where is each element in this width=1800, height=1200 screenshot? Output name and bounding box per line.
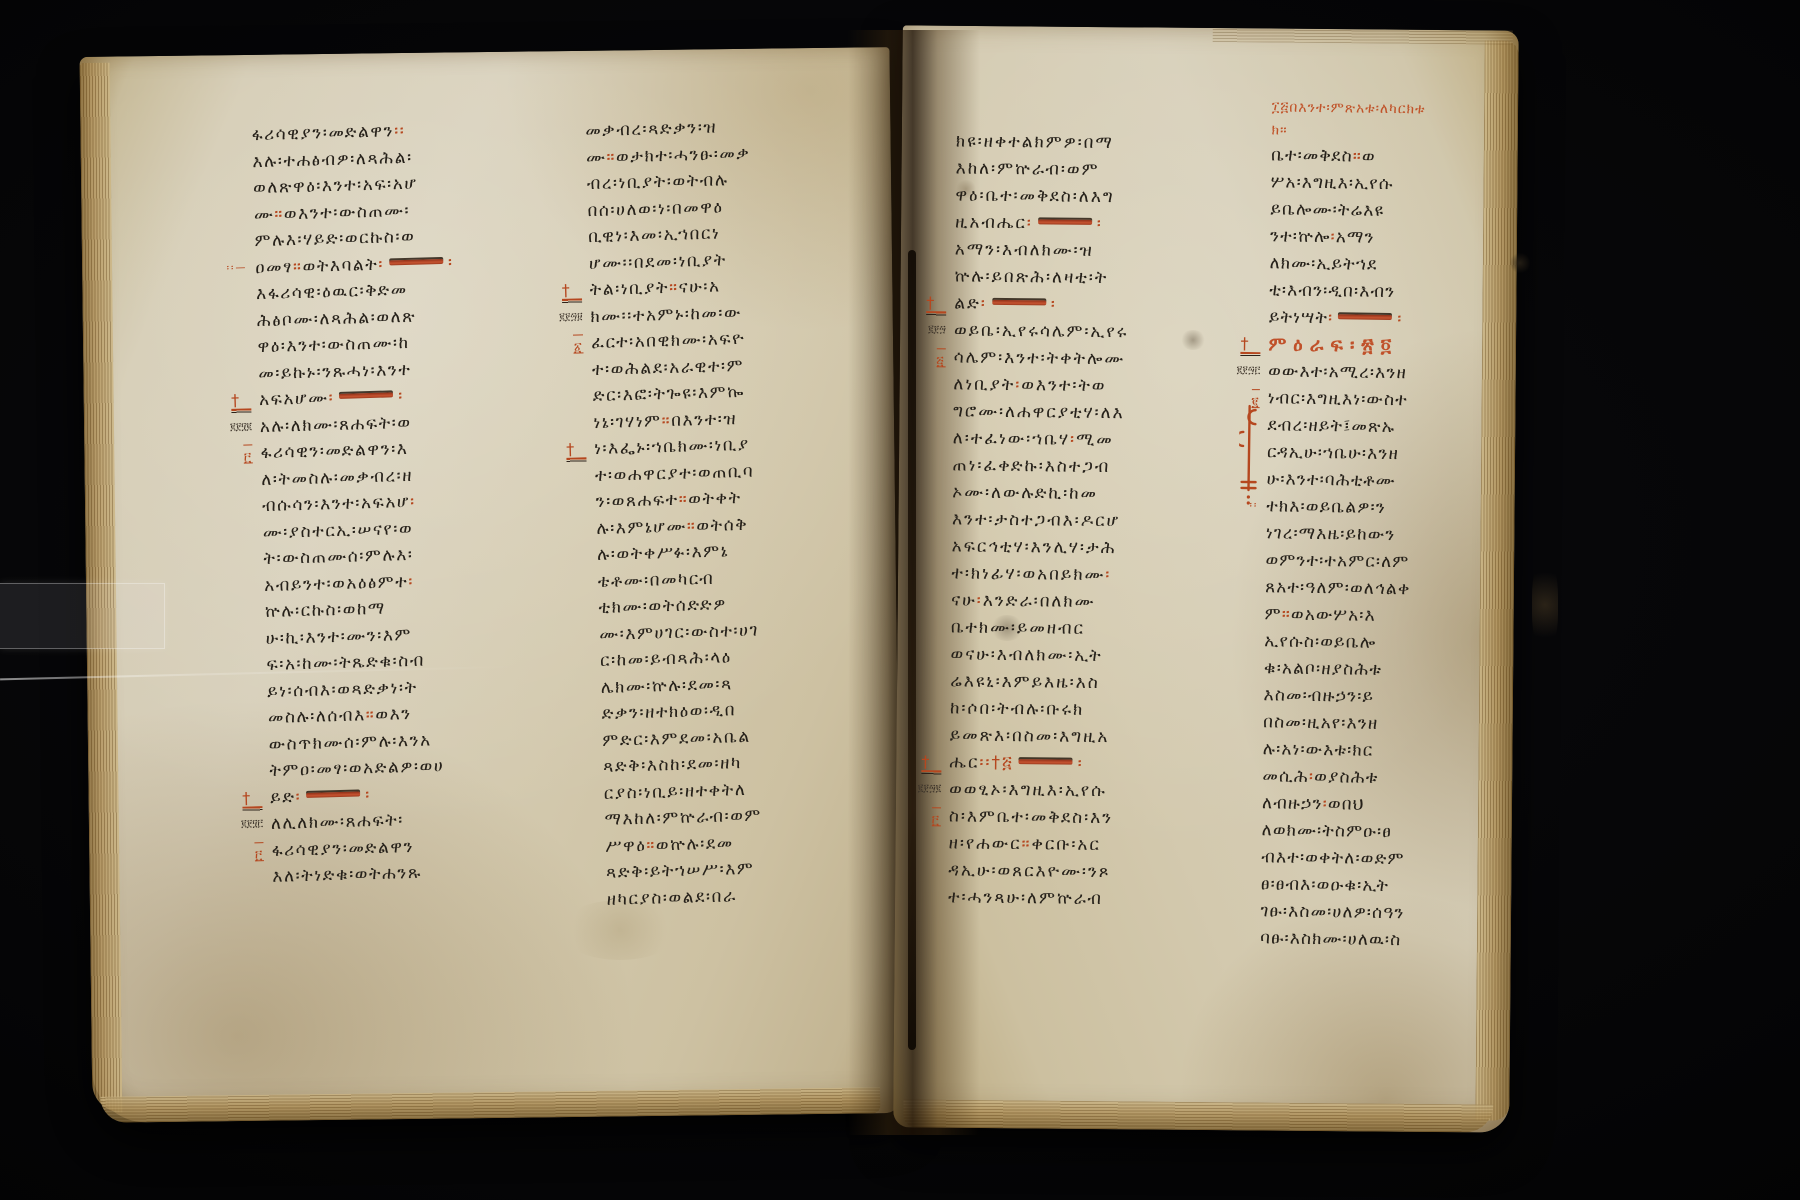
chapter-heading-line: †ምዕራፍ፡፳፬ (1268, 331, 1514, 361)
body-text: ትምዐ፡መፃ፡ወአድልዎ፡ወሀ (269, 756, 444, 781)
section-cross-mark: † (231, 387, 252, 414)
text-line: ቲ፡እብን፡ዲበ፡እብን (1269, 277, 1515, 307)
body-text: ጻድቅ፡ይትኀሠሥ፡እም (606, 859, 755, 883)
section-number-gloss: ፪፻፶፫ (241, 811, 263, 838)
text-line: ጸአተ፡ዓለም፡ወለኅልቀ (1265, 574, 1511, 604)
body-text: ቲክሙ፡ወትሰድድዎ (598, 594, 727, 618)
body-text: ሔር (949, 752, 979, 772)
body-text: ኵሉ፡ርኩስ፡ወከማ (265, 599, 386, 622)
body-text: ጸአተ፡ዓለም፡ወለኅልቀ (1265, 577, 1411, 599)
body-text: እሉ፡ተሐፅብዎ፡ለጻሕል፡ (252, 147, 413, 171)
text-line: ፡፡ተክእ፡ወይቤልዎ፡ን (1266, 493, 1512, 523)
body-text: ጻድቅ፡እስከ፡ደመ፡ዘካ (603, 753, 742, 777)
body-text: ወለጽዋዕ፡እንተ፡አፍ፡አሆ (253, 174, 418, 199)
rubricated-text: ። (606, 147, 616, 167)
body-text: ምሉእ፡ሃይድ፡ወርኩስ፡ወ (254, 227, 415, 251)
text-line: ይመጽእ፡በስመ፡እግዚአ (950, 722, 1250, 752)
book-gutter-crack (908, 250, 916, 1050)
body-text: ክሙ፡፡ተአምኑ፡ከመ፡ው (590, 302, 742, 326)
body-text: ምድር፡እምደመ፡አቤል (602, 726, 751, 750)
rubricated-text: ። (1021, 834, 1031, 854)
text-line: ፪፻፵፫ወውእተ፡አሚረ፡እንዘ (1268, 358, 1514, 388)
body-text: ብእተ፡ወቀትለ፡ወድም (1261, 847, 1405, 869)
body-text: ኦሙ፡ለውሉድኪ፡ከመ (952, 482, 1098, 504)
body-text: ግሮሙ፡ለሐዋርያቲሃ፡ለእ (953, 401, 1125, 423)
text-line: ገፁ፡እስመ፡ሀለዎ፡ሰዓን (1260, 898, 1506, 928)
body-text: ኢየሱስ፡ወይቤሎ (1264, 631, 1376, 653)
text-line: ነገረ፡ማእዜ፡ይከውን (1266, 520, 1512, 550)
text-line: ናሁ፡እንድራ፡በለክሙ (951, 587, 1251, 617)
text-line: ደብረ፡ዘይት፤መጽኡ (1267, 412, 1513, 442)
rubricated-text: ፡ (1027, 213, 1033, 233)
left-page-column-1: ፋሪሳዊያን፡መድልዋን፡፡እሉ፡ተሐፅብዎ፡ለጻሕል፡ወለጽዋዕ፡እንተ፡አፍ… (251, 114, 564, 890)
body-text: ወናሁ፡እብለክሙ፡ኢት (950, 644, 1102, 666)
section-number-gloss: ፪፻፶፪ (230, 414, 252, 441)
body-text: ይቤሎሙ፡ትሬእዩ (1270, 199, 1384, 221)
body-text: እፋሪሳዊ፡ዕዉር፡ቅድመ (256, 280, 408, 304)
body-text: ዘካርያስ፡ወልደ፡በራ (606, 886, 737, 910)
right-page-column-1: ክዩ፡ዘቀተልክምዎ፡በማእከለ፡ምኵራብ፡ወምዋዕ፡ቤተ፡መቅደስ፡ለእግዚአ… (948, 128, 1256, 914)
text-line: ወናሁ፡እብለክሙ፡ኢት (950, 641, 1250, 671)
body-text: ናሁ፡አ (678, 276, 720, 297)
section-number-gloss: ፪፻፵፫ (1237, 358, 1261, 384)
body-text: ወትእባልት (302, 254, 378, 276)
body-text: ለብዙኃን (1262, 793, 1323, 814)
rubricated-text: ። (678, 489, 688, 509)
body-text: መስሉ፡ለሰብእ (268, 705, 366, 728)
text-line: ፫ስ፡እምቤተ፡መቅደስ፡እን (949, 803, 1249, 833)
red-divider-rule (1338, 314, 1392, 320)
body-text: ሌክሙ፡ኵሉ፡ደመ፡ጻ (601, 674, 734, 698)
body-text: ቀርቡ፡አር (1031, 834, 1101, 855)
right-page-column-2-body: ቤተ፡መቅደስ።ወሦአ፡እግዚእ፡ኢየሱይቤሎሙ፡ትሬእዩንተ፡ኵሎ፡አማንለክ… (1260, 142, 1517, 955)
body-text: ሚመ (1076, 430, 1114, 450)
body-text: አማን፡እብለክሙ፡ዝ (955, 239, 1094, 260)
body-text: በሰ፡ሀለወ፡ነ፡በመዋዕ (587, 197, 724, 221)
body-text: ፀ፡ፀብእ፡ወዑቁ፡ኢት (1261, 874, 1389, 896)
text-line: ግሮሙ፡ለሐዋርያቲሃ፡ለእ (953, 398, 1253, 428)
margin-numeral: ፭ (936, 348, 946, 367)
rubricated-text: ፡ (1097, 214, 1103, 234)
text-line: እስመ፡ብዙኃን፡ይ (1263, 682, 1509, 712)
body-text: ክዩ፡ዘቀተልክምዎ፡በማ (956, 131, 1114, 153)
body-text: ር፡ከመ፡ይብጻሕ፡ላዕ (600, 647, 732, 671)
rubricated-text: ። (661, 410, 671, 430)
body-text: ዘ፡የሐውር (949, 833, 1022, 854)
rubric-heading-line-2: ክ። (1271, 119, 1517, 145)
body-text: ሙ (586, 147, 607, 168)
text-line: ሦአ፡እግዚእ፡ኢየሱ (1271, 169, 1517, 199)
body-text: ቢዊነ፡እመ፡ኢኀበርነ (588, 223, 721, 247)
body-text: ዋዕ፡እንተ፡ውስጠሙ፡ከ (257, 333, 410, 357)
section-number-gloss: ፪፻፵፱ (559, 304, 583, 331)
body-text: ርዳኢሁ፡ኀቤሁ፡እንዘ (1267, 442, 1399, 464)
margin-red-dots: ፡፡— (226, 255, 247, 282)
body-text: ልድ (954, 293, 981, 313)
body-text: ድር፡እፎ፡ትጐዩ፡እምኰ (592, 382, 745, 406)
text-line: ወምንተ፡ተአምር፡ለም (1265, 547, 1511, 577)
text-line: ቤተክሙ፡ይመዘብር (951, 614, 1251, 644)
text-line: ከ፡ሶበ፡ትብሉ፡ቡሩክ (950, 695, 1250, 725)
body-text: ፋሪሳዊያን፡መድልዋን (251, 121, 394, 145)
text-line: ኵሉ፡ይበጽሕ፡ለዛቲ፡ት (954, 263, 1254, 293)
body-text: ሦአ፡እግዚእ፡ኢየሱ (1271, 172, 1394, 194)
body-text: ርያስ፡ነቢይ፡ዘተቀትለ (604, 779, 747, 803)
body-text: ሕፅቦሙ፡ለጻሕል፡ወለጽ (257, 306, 417, 330)
body-text: ሙ፡እምሀገር፡ውስተ፡ሀገ (599, 620, 759, 644)
body-text: ውስጥክሙሰ፡ምሉ፡እንአ (268, 730, 431, 755)
body-text: ቲ፡እብን፡ዲበ፡እብን (1269, 280, 1395, 302)
rubricated-text: ፡፡ (979, 753, 991, 773)
text-line: ዚአብሔር፡፡ (955, 209, 1255, 239)
body-text: ሙ፡ያስተርኢ፡ሠናየ፡ወ (263, 518, 414, 542)
body-text: ተ፡ወሐዋርያተ፡ወጠቢባ (595, 461, 755, 485)
body-text: ወውእተ፡አሚረ፡እንዘ (1268, 361, 1407, 383)
body-text: ሆሙ፡፡በደመ፡ነቢያት (589, 250, 727, 274)
section-cross-mark: † (921, 749, 941, 775)
text-line: ዳኢሁ፡ወጸርእዮሙ፡ንጾ (948, 857, 1248, 887)
text-line: ኢየሱስ፡ወይቤሎ (1264, 628, 1510, 658)
rubricated-text: ፡ (1328, 308, 1333, 328)
rubricated-text: ፡ (1051, 294, 1057, 314)
body-text: ወበህ (1328, 794, 1365, 815)
body-text: ሙ (254, 204, 275, 225)
text-line: †ልድ፡፡ (954, 290, 1254, 320)
body-text: ዋዕ፡ቤተ፡መቅደስ፡ለእግ (955, 185, 1115, 207)
text-line: ፀ፡ፀብእ፡ወዑቁ፡ኢት (1261, 871, 1507, 901)
body-text: ሬእዩኒ፡እምይእዜ፡እስ (950, 671, 1100, 693)
text-line: ለብዙኃን፡ወበህ (1262, 790, 1508, 820)
body-text: ም (1265, 604, 1282, 624)
section-number-gloss: ፪፻፵፪ (918, 776, 942, 802)
body-text: እከለ፡ምኵራብ፡ወም (956, 158, 1100, 180)
margin-numeral: ፩ (573, 334, 583, 353)
body-text: ን፡ወጸሐፍተ (595, 490, 679, 512)
body-text: ወያስሕቱ (1314, 767, 1379, 788)
body-text: ቤተክሙ፡ይመዘብር (951, 617, 1085, 638)
rubricated-text: ፡ (981, 294, 987, 314)
rubricated-text: ፡ (295, 787, 301, 807)
text-line: ተ፡ክነፊሃ፡ወአበይክሙ፡ (951, 560, 1251, 590)
text-line: ብእተ፡ወቀትለ፡ወድም (1261, 844, 1507, 874)
rubricated-text: †፭ (991, 753, 1013, 773)
text-line: እንተ፡ታስተጋብእ፡ዶርሆ (952, 506, 1252, 536)
manuscript-photo: ፋሪሳዊያን፡መድልዋን፡፡እሉ፡ተሐፅብዎ፡ለጻሕል፡ወለጽዋዕ፡እንተ፡አፍ… (0, 0, 1800, 1200)
body-text: ወወፂኦ፡እግዚእ፡ኢየሱ (949, 779, 1107, 801)
rubricated-text: ምዕራፍ፡፳፬ (1268, 333, 1398, 357)
body-text: ትል፡ነቢያት (589, 278, 669, 300)
stain (1532, 560, 1558, 650)
text-line: ተ፡ሓንጻሁ፡ለምኵራብ (948, 884, 1248, 914)
body-text: መቃብረ፡ጻድቃን፡ዝ (585, 118, 717, 142)
body-text: ነ፡እፌኑ፡ኀቤክሙ፡ነቢያ (594, 435, 750, 459)
body-text: ተ፡ወሕልደ፡አራዊተ፡ም (592, 355, 745, 379)
body-text: አፍአሆሙ (259, 388, 329, 410)
text-line: አፍርኅቲሃ፡እንሊሃ፡ታሕ (952, 533, 1252, 563)
body-text: እስመ፡ብዙኃን፡ይ (1263, 685, 1374, 707)
body-text: አሉ፡ለክሙ፡ጸሐፍት፡ወ (260, 412, 412, 436)
body-text: መሲሕ (1262, 766, 1309, 787)
body-text: ይድ (270, 787, 296, 808)
body-text: ለ፡ተፈነው፡ኀቤሃ (953, 428, 1070, 449)
body-text: ወአውሦአ፡እ (1291, 605, 1376, 626)
right-page-bottom-edges (903, 1099, 1493, 1132)
text-line: ፪ነብር፡እግዚእነ፡ውስተ (1268, 385, 1514, 415)
margin-numeral: ፫ (255, 842, 264, 861)
text-line: ፪፻፵ወይቤ፡ኢየሩሳሌም፡ኢየሩ (954, 317, 1254, 347)
text-line: ጠነ፡ፈቀድኩ፡እስተጋብ (952, 452, 1252, 482)
text-line: ርዳኢሁ፡ኀቤሁ፡እንዘ (1267, 439, 1513, 469)
text-line: ም።ወአውሦአ፡እ (1265, 601, 1511, 631)
body-text: አብይንተ፡ወአዕፅምተ (264, 572, 409, 596)
body-text: ገፁ፡እስመ፡ሀለዎ፡ሰዓን (1260, 901, 1404, 923)
text-line: ሬእዩኒ፡እምይእዜ፡እስ (950, 668, 1250, 698)
body-text: ይነ፡ሰብእ፡ወጻድቃነ፡ት (267, 677, 418, 701)
body-text: ሁ፡እንተ፡ባሕቲቶሙ (1267, 469, 1396, 491)
body-text: ብሱሳን፡እንተ፡አፍአሆ (262, 492, 411, 516)
rubricated-text: ። (274, 204, 284, 224)
body-text: ቤተ፡መቅደስ (1271, 145, 1353, 166)
body-text: እንድራ፡በለክሙ (983, 591, 1096, 612)
text-line: ዘ፡የሐውር።ቀርቡ፡አር (948, 830, 1248, 860)
section-cross-mark: † (242, 785, 263, 812)
body-text: ከ፡ሶበ፡ትብሉ፡ቡሩክ (950, 698, 1084, 719)
body-text: በእንተ፡ዝ (671, 409, 738, 431)
text-line: በስመ፡ዚአየ፡እንዘ (1263, 709, 1509, 739)
body-text: ሁ፡ኪ፡እንተ፡ሙን፡እም (265, 624, 412, 648)
margin-red-dots: ፡፡ (1249, 493, 1258, 519)
body-text: ሥዋዕ (605, 835, 647, 856)
section-number-gloss: ፪፻፵ (928, 317, 946, 343)
body-text: እንተ፡ታስተጋብእ፡ዶርሆ (952, 509, 1120, 531)
section-cross-mark: † (1240, 331, 1260, 357)
text-line: ክዩ፡ዘቀተልክምዎ፡በማ (956, 128, 1256, 158)
rubricated-text: ፡ (448, 252, 454, 272)
body-text: ይትነሣት (1269, 307, 1328, 328)
text-line: ቁ፡አልቦ፡ዘያስሕቱ (1264, 655, 1510, 685)
body-text: ወኵሉ፡ደመ (656, 833, 734, 855)
text-line: ባፁ፡እስክሙ፡ሀለዉ፡ስ (1260, 925, 1506, 955)
text-line: ቤተ፡መቅደስ።ወ (1271, 142, 1517, 172)
right-page-top-edges (1213, 28, 1513, 45)
red-divider-rule (339, 392, 393, 399)
body-text: ተ፡ክነፊሃ፡ወአበይክሙ (951, 563, 1105, 585)
body-text: ንተ፡ኵሎ (1270, 226, 1331, 247)
text-line: መሲሕ፡ወያስሕቱ (1262, 763, 1508, 793)
body-text: ዐመፃ (255, 257, 293, 278)
body-text: ሉ፡እምኔሆሙ (596, 516, 687, 539)
body-text: ድቃን፡ዘተክዕወ፡ዲበ (601, 700, 736, 724)
body-text: ኵሉ፡ይበጽሕ፡ለዛቲ፡ት (954, 266, 1108, 288)
red-divider-rule (306, 791, 360, 798)
body-text: ነብር፡እግዚእነ፡ውስተ (1268, 388, 1408, 410)
rubricated-text: ። (1353, 146, 1362, 166)
body-text: ስ፡እምቤተ፡መቅደስ፡እን (949, 806, 1113, 828)
body-text: ወ (1362, 147, 1376, 167)
text-line: ለክሙ፡ኢይትኀደ (1269, 250, 1515, 280)
body-text: ወእንተ፡ትወ (1021, 375, 1106, 396)
red-divider-rule (992, 300, 1046, 306)
rubricated-text: ፡ (398, 386, 404, 406)
body-text: ወትቀት (688, 488, 742, 509)
body-text: እለ፡ትነድቁ፡ወትሐንጹ (272, 863, 422, 887)
body-text: ወእንተ፡ውስጠሙ፡ (284, 200, 411, 224)
body-text: ለ፡ትመስሉ፡መቃብረ፡ዘ (261, 465, 413, 489)
text-line: ለወክሙ፡ትስምዑ፡ፀ (1262, 817, 1508, 847)
text-line: ለ፡ተፈነው፡ኀቤሃ፡ሚመ (953, 425, 1253, 455)
body-text: ዳኢሁ፡ወጸርእዮሙ፡ንጾ (948, 860, 1110, 882)
body-text: ፈርተ፡አበዊክሙ፡አፍዮ (591, 329, 746, 353)
text-line: አማን፡እብለክሙ፡ዝ (955, 236, 1255, 266)
body-text: ቴቶሙ፡በመካርብ (598, 568, 715, 591)
text-line: ሁ፡እንተ፡ባሕቲቶሙ (1266, 466, 1512, 496)
body-text: ሉ፡ወትቀሥፉ፡እምኔ (597, 541, 729, 565)
rubricated-text: ። (687, 516, 697, 536)
body-text: ወእን (375, 704, 412, 725)
text-line: ሉ፡አነ፡ውእቱ፡ክር (1263, 736, 1509, 766)
rubricated-text: ። (646, 835, 656, 855)
rubricated-text: ፡፡ (394, 121, 406, 141)
rubricated-text: ፡ (410, 492, 416, 512)
rubricated-text: ፡ (365, 785, 371, 805)
section-cross-mark: † (566, 436, 587, 463)
body-text: ቁ፡አልቦ፡ዘያስሕቱ (1264, 658, 1382, 680)
body-text: ት፡ውስጠሙሰ፡ምሉእ፡ (263, 545, 414, 569)
text-line: ፪፻፵፪ወወፂኦ፡እግዚእ፡ኢየሱ (949, 776, 1249, 806)
body-text: ይመጽእ፡በስመ፡እግዚአ (950, 725, 1110, 747)
body-text: ፋሪሳዊያን፡መድልዋን (271, 836, 414, 860)
body-text: ብረ፡ነቢያት፡ወትብሉ (587, 170, 729, 194)
body-text: ወታክተ፡ሓንፁ፡መቃ (616, 143, 751, 167)
acrylic-weight (0, 583, 165, 649)
text-line: ለነቢያት፡ወእንተ፡ትወ (953, 371, 1253, 401)
body-text: ማእከለ፡ምኵራብ፡ወም (604, 806, 762, 830)
body-text: ተ፡ሓንጻሁ፡ለምኵራብ (948, 887, 1103, 909)
body-text: ተክእ፡ወይቤልዎ፡ን (1266, 496, 1386, 518)
body-text: ነገረ፡ማእዜ፡ይከውን (1266, 523, 1396, 545)
rubric-heading-line-1: ፲፭በእንተ፡ምጽአቱ፡ለካርክቱ (1272, 96, 1518, 122)
body-text: ሉ፡አነ፡ውእቱ፡ክር (1263, 739, 1374, 761)
body-text: ለክሙ፡ኢይትኀደ (1270, 253, 1378, 275)
body-text: ጠነ፡ፈቀድኩ፡እስተጋብ (952, 455, 1110, 477)
red-divider-rule (1019, 759, 1073, 765)
rubricated-text: ፡ (328, 388, 334, 408)
body-text: ነኔ፡ገሃነም (593, 411, 662, 433)
text-line: ዋዕ፡ቤተ፡መቅደስ፡ለእግ (955, 182, 1255, 212)
text-line: ይቤሎሙ፡ትሬእዩ (1270, 196, 1516, 226)
rubricated-text: ፡ (1078, 754, 1084, 774)
body-text: ሳሌም፡እንተ፡ትቀትሎሙ (954, 347, 1126, 369)
margin-numeral: ፫ (932, 807, 941, 826)
body-text: ዚአብሔር (955, 212, 1027, 233)
body-text: መ፡ይኩኑ፡ንጹሓነ፡እንተ (258, 359, 412, 383)
text-line: እከለ፡ምኵራብ፡ወም (956, 155, 1256, 185)
left-page-column-2: መቃብረ፡ጻድቃን፡ዝሙ።ወታክተ፡ሓንፁ፡መቃብረ፡ነቢያት፡ወትብሉበሰ፡ሀ… (585, 110, 897, 913)
body-text: አማን (1336, 227, 1375, 248)
rubricated-text: ፡ (1105, 565, 1111, 585)
rubricated-text: ፡ (1397, 309, 1402, 329)
body-text: ለወክሙ፡ትስምዑ፡ፀ (1262, 820, 1393, 842)
left-page-bottom-edges (100, 1087, 880, 1123)
margin-numeral: ፫ (244, 444, 253, 463)
body-text: ለነቢያት (953, 374, 1015, 395)
text-line: ይትነሣት፡፡ (1269, 304, 1515, 334)
red-divider-rule (389, 258, 443, 265)
body-text: ፋሪሳዊን፡መድልዋን፡እ (260, 439, 408, 463)
text-line: ፭ሳሌም፡እንተ፡ትቀትሎሙ (954, 344, 1254, 374)
body-text: ወትሰቅ (696, 514, 748, 535)
section-cross-mark: † (926, 290, 946, 316)
red-divider-rule (1038, 219, 1092, 225)
right-page-column-2: ፲፭በእንተ፡ምጽአቱ፡ለካርክቱ ክ። ቤተ፡መቅደስ።ወሦአ፡እግዚእ፡ኢየ… (1260, 96, 1518, 955)
body-text: ደብረ፡ዘይት፤መጽኡ (1267, 415, 1395, 437)
rubricated-text: ፡ (378, 254, 384, 274)
text-line: ንተ፡ኵሎ፡አማን (1270, 223, 1516, 253)
text-line: †ሔር፡፡†፭፡ (949, 749, 1249, 779)
body-text: ባፁ፡እስክሙ፡ሀለዉ፡ስ (1260, 928, 1401, 950)
body-text: ናሁ (951, 590, 977, 610)
section-cross-mark: † (561, 277, 582, 304)
rubricated-text: ፡ (408, 571, 414, 591)
body-text: ለሊለክሙ፡ጸሐፍት፡ (271, 810, 405, 834)
body-text: አፍርኅቲሃ፡እንሊሃ፡ታሕ (952, 536, 1117, 558)
rubricated-text: ። (669, 278, 679, 298)
text-line: ኦሙ፡ለውሉድኪ፡ከመ (952, 479, 1252, 509)
body-text: ወይቤ፡ኢየሩሳሌም፡ኢየሩ (954, 320, 1129, 342)
body-text: በስመ፡ዚአየ፡እንዘ (1263, 712, 1378, 734)
body-text: ወምንተ፡ተአምር፡ለም (1265, 550, 1409, 572)
